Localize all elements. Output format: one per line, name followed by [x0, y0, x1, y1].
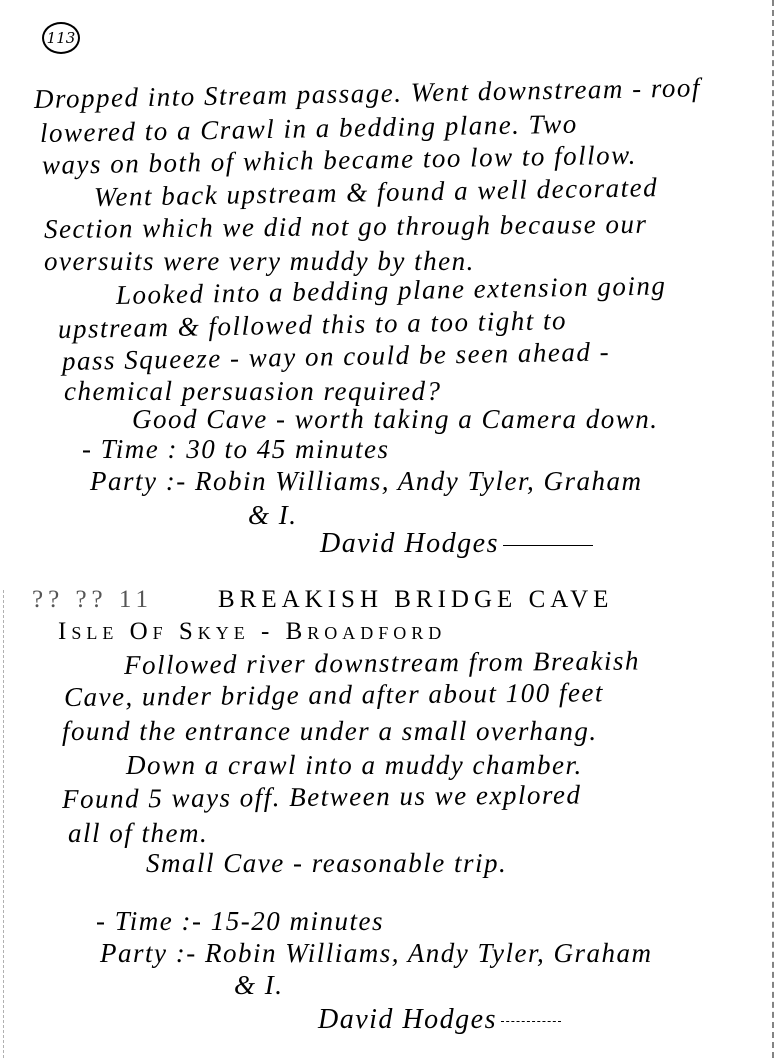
entry-2-party: Party :- Robin Williams, Andy Tyler, Gra…	[100, 938, 652, 969]
page-number-circle: 113	[42, 22, 80, 54]
entry-2-line: found the entrance under a small overhan…	[62, 716, 598, 747]
entry-1-line: Dropped into Stream passage. Went downst…	[34, 72, 701, 115]
entry-2-line: Cave, under bridge and after about 100 f…	[64, 677, 604, 713]
entry-2-party-cont: & I.	[234, 970, 284, 1001]
signature-text: David Hodges	[320, 528, 499, 559]
scan-edge-artifact	[772, 0, 774, 1058]
entry-2-date: ?? ?? 11	[32, 586, 153, 614]
entry-1-party: Party :- Robin Williams, Andy Tyler, Gra…	[90, 466, 642, 497]
entry-1-time: - Time : 30 to 45 minutes	[82, 434, 390, 465]
entry-1-signature: David Hodges	[320, 528, 593, 560]
entry-2-line: Followed river downstream from Breakish	[124, 645, 640, 681]
entry-2-line: all of them.	[68, 818, 208, 849]
entry-2-title: BREAKISH BRIDGE CAVE	[218, 586, 613, 614]
entry-1-line: Section which we did not go through beca…	[44, 209, 648, 245]
entry-1-line: chemical persuasion required?	[64, 376, 441, 407]
entry-2-line: Small Cave - reasonable trip.	[146, 848, 507, 879]
scanned-logbook-page: 113 Dropped into Stream passage. Went do…	[0, 0, 776, 1058]
entry-2-time: - Time :- 15-20 minutes	[96, 906, 384, 937]
entry-2-line: Down a crawl into a muddy chamber.	[126, 750, 583, 781]
signature-dash	[501, 1021, 561, 1022]
entry-2-signature: David Hodges	[318, 1004, 561, 1036]
entry-1-line: Good Cave - worth taking a Camera down.	[132, 404, 658, 435]
entry-2-location: Isle Of Skye - Broadford	[58, 618, 446, 646]
entry-1-party-cont: & I.	[248, 500, 298, 531]
scan-edge-artifact-left	[3, 590, 4, 1058]
signature-text: David Hodges	[318, 1004, 497, 1035]
signature-dash	[503, 545, 593, 546]
entry-2-line: Found 5 ways off. Between us we explored	[62, 779, 582, 815]
entry-1-line: oversuits were very muddy by then.	[44, 246, 475, 277]
